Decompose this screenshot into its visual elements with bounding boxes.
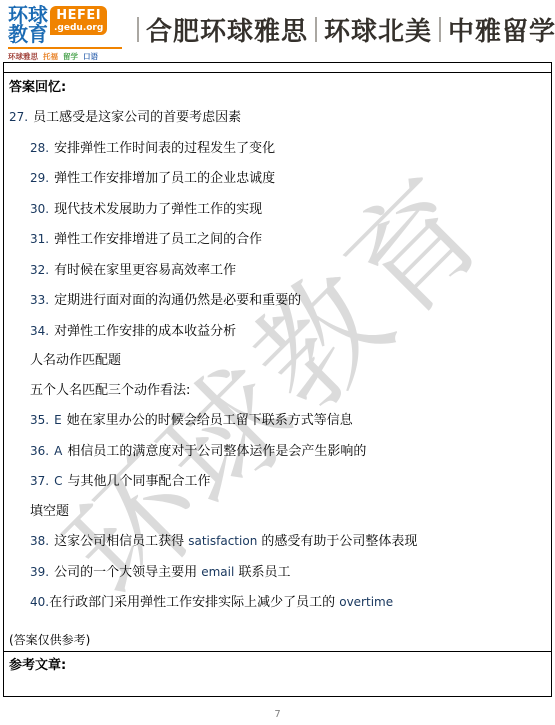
answer-item: 40.在行政部门采用弹性工作安排实际上减少了员工的 overtime: [30, 595, 546, 611]
answer-item: 27.员工感受是这家公司的首要考虑因素: [9, 110, 546, 126]
answer-number: 34.: [30, 324, 49, 338]
answer-text: 与其他几个同事配合工作: [67, 474, 210, 489]
answer-text: 公司的一个大领导主要用: [54, 565, 201, 580]
answer-item: 37.C与其他几个同事配合工作: [30, 474, 546, 490]
brand-divider: [439, 17, 441, 42]
answer-item: 31.弹性工作安排增进了员工之间的合作: [30, 232, 546, 248]
answer-recall-section: 答案回忆: 27.员工感受是这家公司的首要考虑因素28.安排弹性工作时间表的过程…: [4, 73, 551, 651]
brand-titles: 合肥环球雅思环球北美中雅留学®: [130, 11, 555, 48]
tagline-word: 环球雅思: [8, 51, 38, 62]
answer-text: 五个人名匹配三个动作看法:: [30, 383, 190, 398]
answer-item: 34.对弹性工作安排的成本收益分析: [30, 324, 546, 340]
answer-item: 30.现代技术发展助力了弹性工作的实现: [30, 202, 546, 218]
answers-disclaimer: (答案仅供参考): [9, 631, 546, 648]
answer-text: 员工感受是这家公司的首要考虑因素: [33, 110, 241, 125]
section-label: 填空题: [30, 505, 546, 520]
answer-item: 35.E她在家里办公的时候会给员工留下联系方式等信息: [30, 413, 546, 429]
answer-text: 弹性工作安排增加了员工的企业忠诚度: [54, 171, 275, 186]
answer-item: 32.有时候在家里更容易高效率工作: [30, 263, 546, 279]
logo-tagline: 环球雅思托福留学口语: [8, 51, 124, 62]
brand-title: 中雅留学: [448, 11, 555, 48]
answer-letter: C: [54, 474, 62, 488]
answer-text: 定期进行面对面的沟通仍然是必要和重要的: [54, 293, 301, 308]
answer-number: 30.: [30, 202, 49, 216]
answer-item: 28.安排弹性工作时间表的过程发生了变化: [30, 141, 546, 157]
answer-number: 31.: [30, 232, 49, 246]
brand-title: 合肥环球雅思: [146, 11, 308, 48]
tagline-word: 留学: [63, 51, 78, 62]
answer-text: 相信员工的满意度对于公司整体运作是会产生影响的: [67, 444, 366, 459]
brand-divider: [137, 17, 139, 42]
table-empty-row: [4, 63, 551, 73]
tagline-word: 口语: [83, 51, 98, 62]
section-label: 人名动作匹配题: [30, 354, 546, 369]
answer-number: 28.: [30, 141, 49, 155]
section-label: 五个人名匹配三个动作看法:: [30, 384, 546, 399]
reference-title: 参考文章:: [9, 654, 546, 673]
hefei-badge-text: HEFEI: [54, 8, 103, 23]
answer-number: 32.: [30, 263, 49, 277]
answer-letter: A: [54, 444, 62, 458]
answer-number: 36.: [30, 444, 49, 458]
answer-letter: E: [54, 413, 62, 427]
answer-recall-title: 答案回忆:: [9, 76, 546, 95]
answer-english-word: overtime: [339, 595, 393, 609]
answer-text: 安排弹性工作时间表的过程发生了变化: [54, 141, 275, 156]
answer-item: 29.弹性工作安排增加了员工的企业忠诚度: [30, 171, 546, 187]
logo-cn-text: 环球 教育: [8, 6, 48, 44]
answer-text-after: 联系员工: [234, 565, 290, 580]
tagline-word: 托福: [43, 51, 58, 62]
page-number: 7: [0, 709, 555, 720]
answer-number: 27.: [9, 110, 28, 124]
answer-number: 39.: [30, 565, 49, 579]
answer-english-word: email: [201, 565, 234, 579]
answer-text: 对弹性工作安排的成本收益分析: [54, 324, 236, 339]
brand-divider: [315, 17, 317, 42]
answer-english-word: satisfaction: [188, 534, 257, 548]
answer-text-after: 的感受有助于公司整体表现: [257, 534, 417, 549]
brand-title: 环球北美: [324, 11, 432, 48]
document-table: 答案回忆: 27.员工感受是这家公司的首要考虑因素28.安排弹性工作时间表的过程…: [3, 62, 552, 697]
gedu-domain-text: .gedu.org: [54, 23, 103, 34]
blank-space: [9, 611, 546, 632]
answer-text: 在行政部门采用弹性工作安排实际上减少了员工的: [49, 595, 339, 610]
answer-list: 27.员工感受是这家公司的首要考虑因素28.安排弹性工作时间表的过程发生了变化2…: [9, 95, 546, 611]
answer-item: 36.A相信员工的满意度对于公司整体运作是会产生影响的: [30, 444, 546, 460]
answer-number: 35.: [30, 413, 49, 427]
logo-underline: [8, 47, 122, 49]
answer-item: 33.定期进行面对面的沟通仍然是必要和重要的: [30, 293, 546, 309]
answer-number: 37.: [30, 474, 49, 488]
answer-text: 人名动作匹配题: [30, 353, 121, 368]
answer-text: 有时候在家里更容易高效率工作: [54, 263, 236, 278]
logo-cn-line2: 教育: [8, 25, 48, 44]
answer-number: 29.: [30, 171, 49, 185]
reference-section: 参考文章:: [4, 651, 551, 696]
answer-number: 38.: [30, 534, 49, 548]
answer-text: 现代技术发展助力了弹性工作的实现: [54, 202, 262, 217]
answer-text: 她在家里办公的时候会给员工留下联系方式等信息: [67, 413, 353, 428]
answer-item: 39.公司的一个大领导主要用 email 联系员工: [30, 565, 546, 581]
answer-text: 这家公司相信员工获得: [54, 534, 188, 549]
answer-number: 40.: [30, 595, 49, 609]
answer-text: 弹性工作安排增进了员工之间的合作: [54, 232, 262, 247]
hefei-badge: HEFEI .gedu.org: [50, 6, 107, 35]
header: 环球 教育 HEFEI .gedu.org 环球雅思托福留学口语 合肥环球雅思环…: [8, 6, 555, 62]
answer-item: 38.这家公司相信员工获得 satisfaction 的感受有助于公司整体表现: [30, 534, 546, 550]
gedu-logo: 环球 教育 HEFEI .gedu.org 环球雅思托福留学口语: [8, 6, 124, 62]
document-page: 环球教育 环球 教育 HEFEI .gedu.org 环球雅思托福留学口语 合肥…: [0, 0, 555, 725]
answer-number: 33.: [30, 293, 49, 307]
answer-text: 填空题: [30, 504, 69, 519]
